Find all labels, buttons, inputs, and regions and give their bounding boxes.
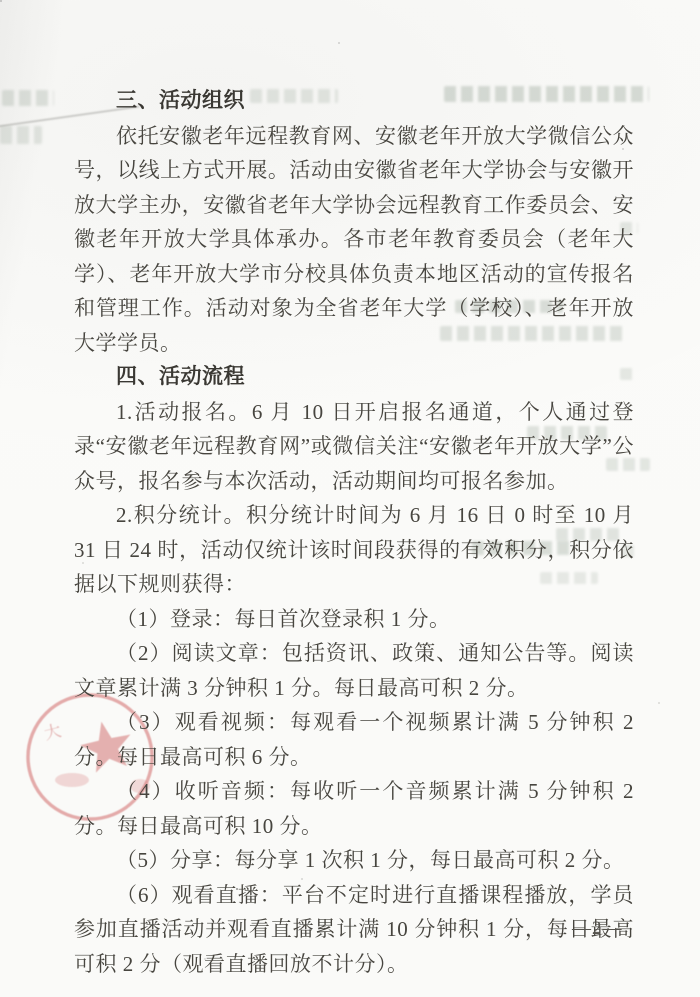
paragraph: 依托安徽老年远程教育网、安徽老年开放大学微信公众号，以线上方式开展。活动由安徽省… (74, 119, 634, 361)
stamp-character: 大 (42, 721, 63, 744)
scanned-document-page: 大 三、活动组织依托安徽老年远程教育网、安徽老年开放大学微信公众号，以线上方式开… (0, 0, 700, 997)
paragraph: 2.积分统计。积分统计时间为 6 月 16 日 0 时至 10 月 31 日 2… (74, 498, 634, 602)
scan-noise-speckles (0, 0, 2, 2)
paragraph: （3）观看视频：每观看一个视频累计满 5 分钟积 2 分。每日最高可积 6 分。 (74, 705, 634, 774)
paragraph: （4）收听音频：每收听一个音频累计满 5 分钟积 2 分。每日最高可积 10 分… (74, 774, 634, 843)
paragraph: （1）登录：每日首次登录积 1 分。 (74, 602, 634, 637)
paragraph: 1.活动报名。6 月 10 日开启报名通道，个人通过登录“安徽老年远程教育网”或… (74, 395, 634, 499)
document-body: 三、活动组织依托安徽老年远程教育网、安徽老年开放大学微信公众号，以线上方式开展。… (74, 84, 634, 981)
page-number: —2— (572, 918, 623, 940)
section-heading: 四、活动流程 (74, 360, 634, 395)
paragraph: （6）观看直播：平台不定时进行直播课程播放，学员参加直播活动并观看直播累计满 1… (74, 878, 634, 982)
bleedthrough-smudge (0, 126, 42, 144)
paragraph: （2）阅读文章：包括资讯、政策、通知公告等。阅读文章累计满 3 分钟积 1 分。… (74, 636, 634, 705)
section-heading: 三、活动组织 (74, 84, 634, 119)
bleedthrough-smudge (2, 90, 54, 106)
paragraph: （5）分享：每分享 1 次积 1 分，每日最高可积 2 分。 (74, 843, 634, 878)
